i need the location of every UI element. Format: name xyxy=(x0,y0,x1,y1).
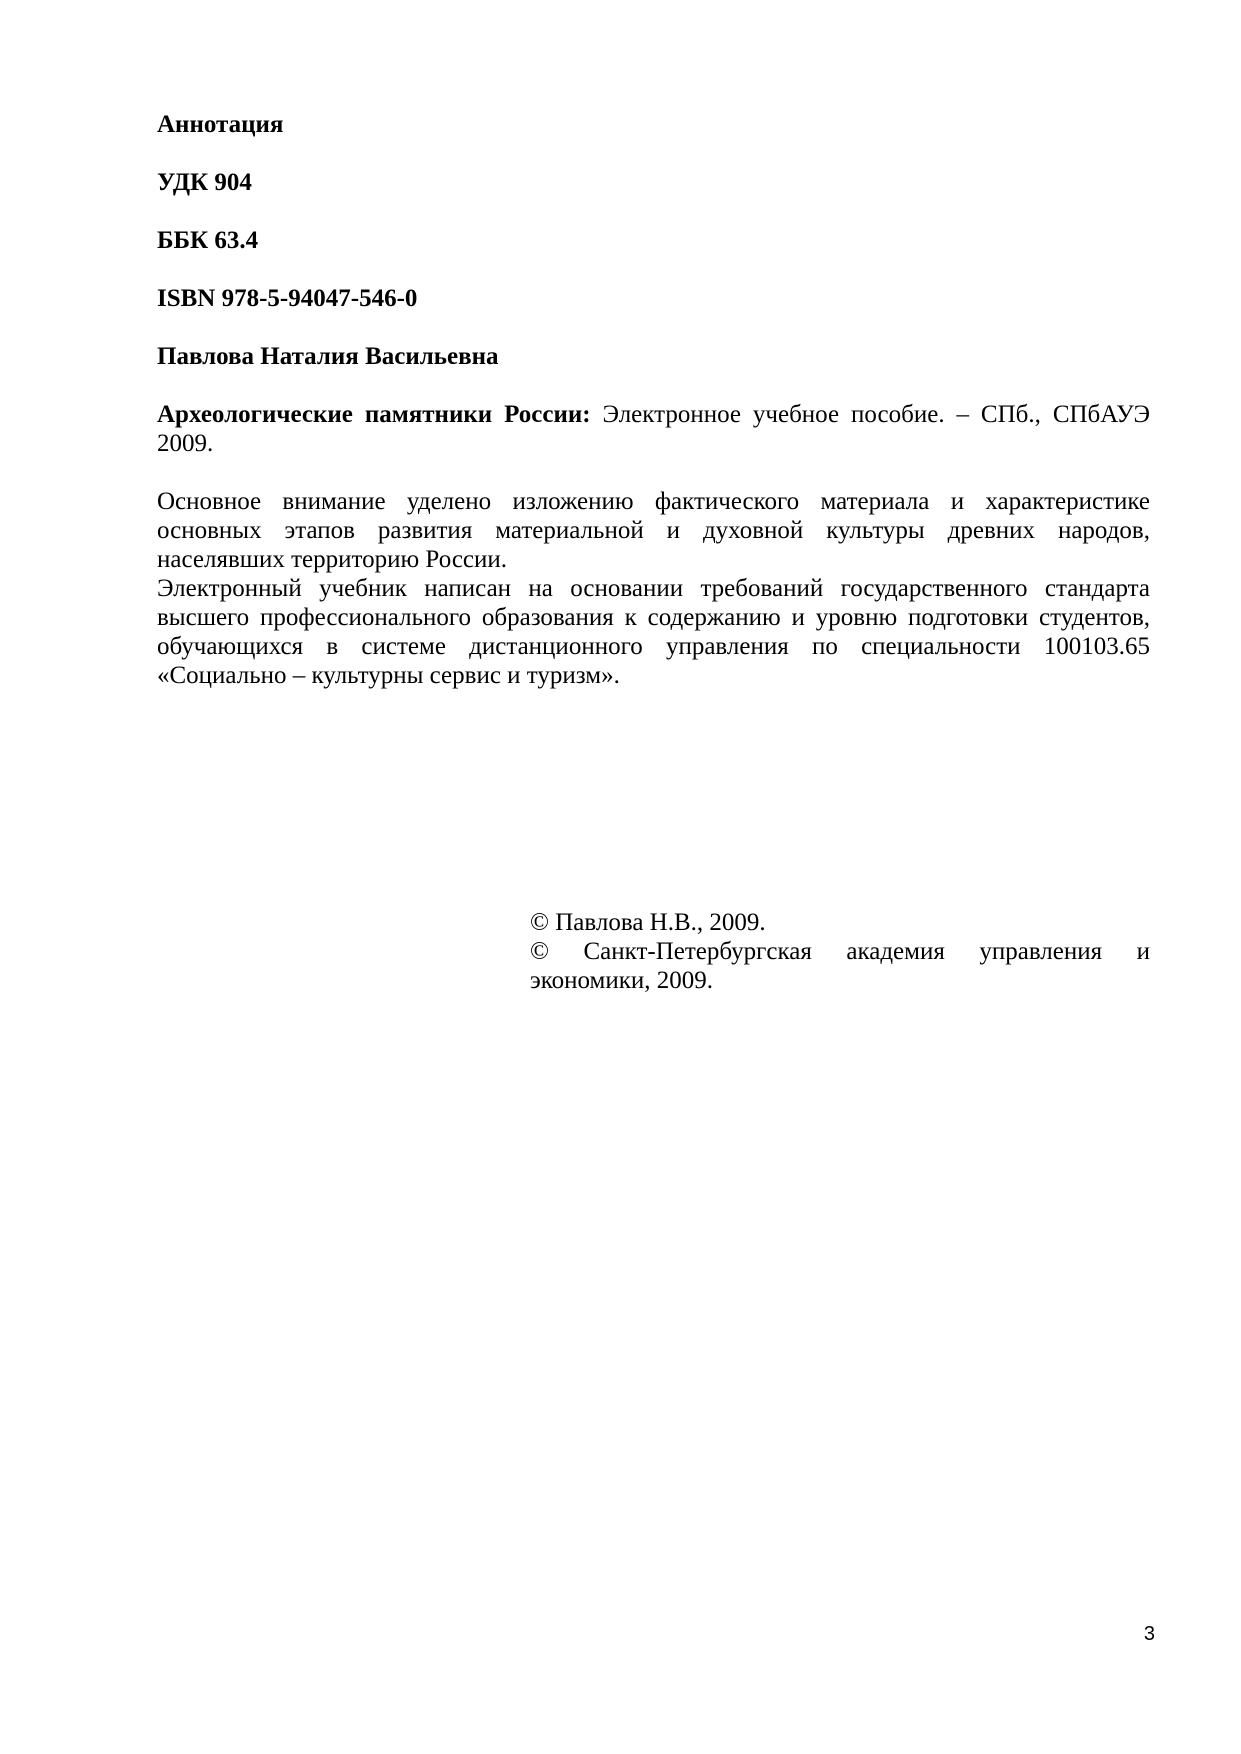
annotation-heading: Аннотация xyxy=(157,110,1150,139)
udk-line: УДК 904 xyxy=(157,168,1150,197)
document-page: Аннотация УДК 904 ББК 63.4 ISBN 978-5-94… xyxy=(0,0,1241,1754)
copyright-academy-line2: экономики, 2009. xyxy=(530,966,1150,995)
copyright-academy-line1: © Санкт-Петербургская академия управлени… xyxy=(530,937,1150,966)
book-title-paragraph: Археологические памятники России: Электр… xyxy=(157,400,1150,458)
bbk-line: ББК 63.4 xyxy=(157,226,1150,255)
book-title-bold: Археологические памятники России: xyxy=(157,401,591,428)
copyright-block: © Павлова Н.В., 2009. © Санкт-Петербургс… xyxy=(530,908,1150,995)
abstract-paragraph-1: Основное внимание уделено изложению факт… xyxy=(157,487,1150,574)
copyright-author: © Павлова Н.В., 2009. xyxy=(530,908,1150,937)
abstract-paragraph-2: Электронный учебник написан на основании… xyxy=(157,574,1150,690)
author-name: Павлова Наталия Васильевна xyxy=(157,342,1150,371)
page-number: 3 xyxy=(1144,1622,1155,1646)
isbn-line: ISBN 978-5-94047-546-0 xyxy=(157,284,1150,313)
